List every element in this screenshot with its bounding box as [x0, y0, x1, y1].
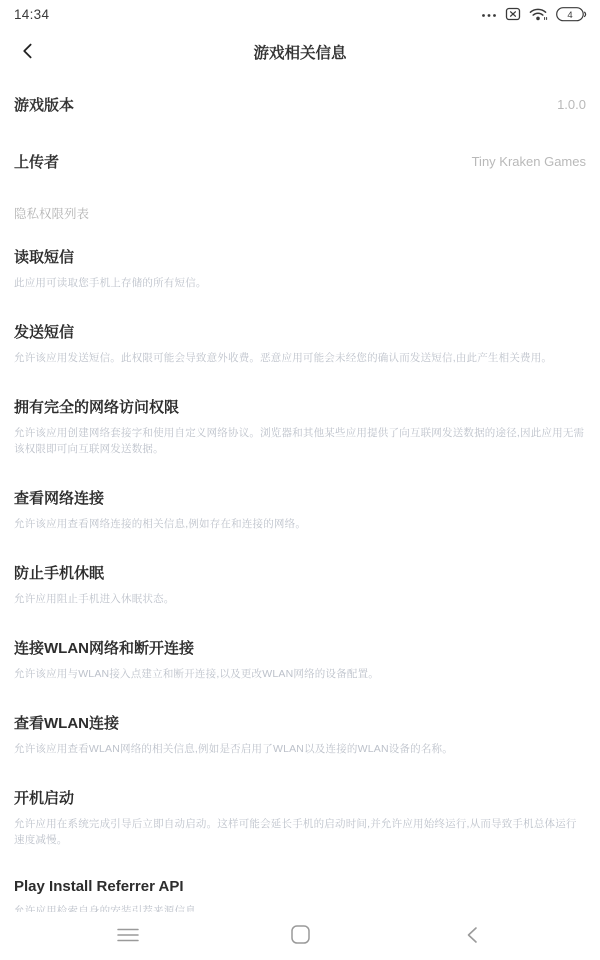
clock: 14:34: [14, 7, 49, 22]
back-button[interactable]: [14, 38, 42, 66]
menu-icon: [117, 927, 139, 946]
permission-title: 开机启动: [14, 787, 586, 808]
permission-title: 读取短信: [14, 246, 586, 267]
permission-title: 发送短信: [14, 321, 586, 342]
permission-title: 查看网络连接: [14, 487, 586, 508]
home-button[interactable]: [282, 918, 318, 954]
info-label: 游戏版本: [14, 94, 74, 115]
chevron-left-icon: [465, 926, 479, 947]
info-label: 上传者: [14, 151, 59, 172]
permission-description: 此应用可读取您手机上存储的所有短信。: [14, 275, 586, 291]
battery-icon: 4: [556, 7, 587, 22]
permission-description: 允许该应用与WLAN接入点建立和断开连接,以及更改WLAN网络的设备配置。: [14, 666, 586, 682]
more-dots-icon: [481, 7, 497, 21]
permission-item: 查看WLAN连接 允许该应用查看WLAN网络的相关信息,例如是否启用了WLAN以…: [14, 712, 586, 757]
recents-menu-button[interactable]: [110, 918, 146, 954]
permission-item: 防止手机休眠 允许应用阻止手机进入休眠状态。: [14, 562, 586, 607]
status-icons: 4: [481, 7, 587, 22]
permission-title: 拥有完全的网络访问权限: [14, 396, 586, 417]
chevron-left-icon: [19, 42, 37, 63]
wifi-icon: [529, 7, 548, 22]
privacy-permissions-section-label: 隐私权限列表: [14, 204, 586, 222]
info-row-game-version: 游戏版本 1.0.0: [14, 76, 586, 133]
permission-description: 允许该应用发送短信。此权限可能会导致意外收费。恶意应用可能会未经您的确认而发送短…: [14, 350, 586, 366]
permission-description: 允许该应用查看WLAN网络的相关信息,例如是否启用了WLAN以及连接的WLAN设…: [14, 741, 586, 757]
permission-item: 拥有完全的网络访问权限 允许该应用创建网络套接字和使用自定义网络协议。浏览器和其…: [14, 396, 586, 457]
permission-title: 查看WLAN连接: [14, 712, 586, 733]
permission-item: 查看网络连接 允许该应用查看网络连接的相关信息,例如存在和连接的网络。: [14, 487, 586, 532]
permission-item: 读取短信 此应用可读取您手机上存储的所有短信。: [14, 246, 586, 291]
info-row-uploader: 上传者 Tiny Kraken Games: [14, 133, 586, 190]
permission-description: 允许应用阻止手机进入休眠状态。: [14, 591, 586, 607]
status-bar: 14:34: [0, 0, 600, 28]
permission-title: 连接WLAN网络和断开连接: [14, 637, 586, 658]
page-title: 游戏相关信息: [253, 41, 346, 63]
permission-description: 允许该应用创建网络套接字和使用自定义网络协议。浏览器和其他某些应用提供了向互联网…: [14, 425, 586, 457]
content: 游戏版本 1.0.0 上传者 Tiny Kraken Games 隐私权限列表 …: [0, 76, 600, 919]
permission-title: 防止手机休眠: [14, 562, 586, 583]
permission-item: 发送短信 允许该应用发送短信。此权限可能会导致意外收费。恶意应用可能会未经您的确…: [14, 321, 586, 366]
uploader-value: Tiny Kraken Games: [472, 154, 586, 169]
home-icon: [291, 925, 310, 947]
game-version-value: 1.0.0: [557, 97, 586, 112]
permission-item: 开机启动 允许应用在系统完成引导后立即自动启动。这样可能会延长手机的启动时间,并…: [14, 787, 586, 848]
nav-back-button[interactable]: [454, 918, 490, 954]
header: 游戏相关信息: [0, 28, 600, 76]
permission-description: 允许应用在系统完成引导后立即自动启动。这样可能会延长手机的启动时间,并允许应用始…: [14, 816, 586, 848]
permission-title: Play Install Referrer API: [14, 878, 586, 895]
navigation-bar: [0, 912, 600, 960]
permission-description: 允许该应用查看网络连接的相关信息,例如存在和连接的网络。: [14, 516, 586, 532]
permissions-list: 读取短信 此应用可读取您手机上存储的所有短信。 发送短信 允许该应用发送短信。此…: [14, 246, 586, 919]
permission-item: 连接WLAN网络和断开连接 允许该应用与WLAN接入点建立和断开连接,以及更改W…: [14, 637, 586, 682]
battery-level-text: 4: [567, 9, 572, 20]
sim-missing-icon: [505, 7, 521, 21]
